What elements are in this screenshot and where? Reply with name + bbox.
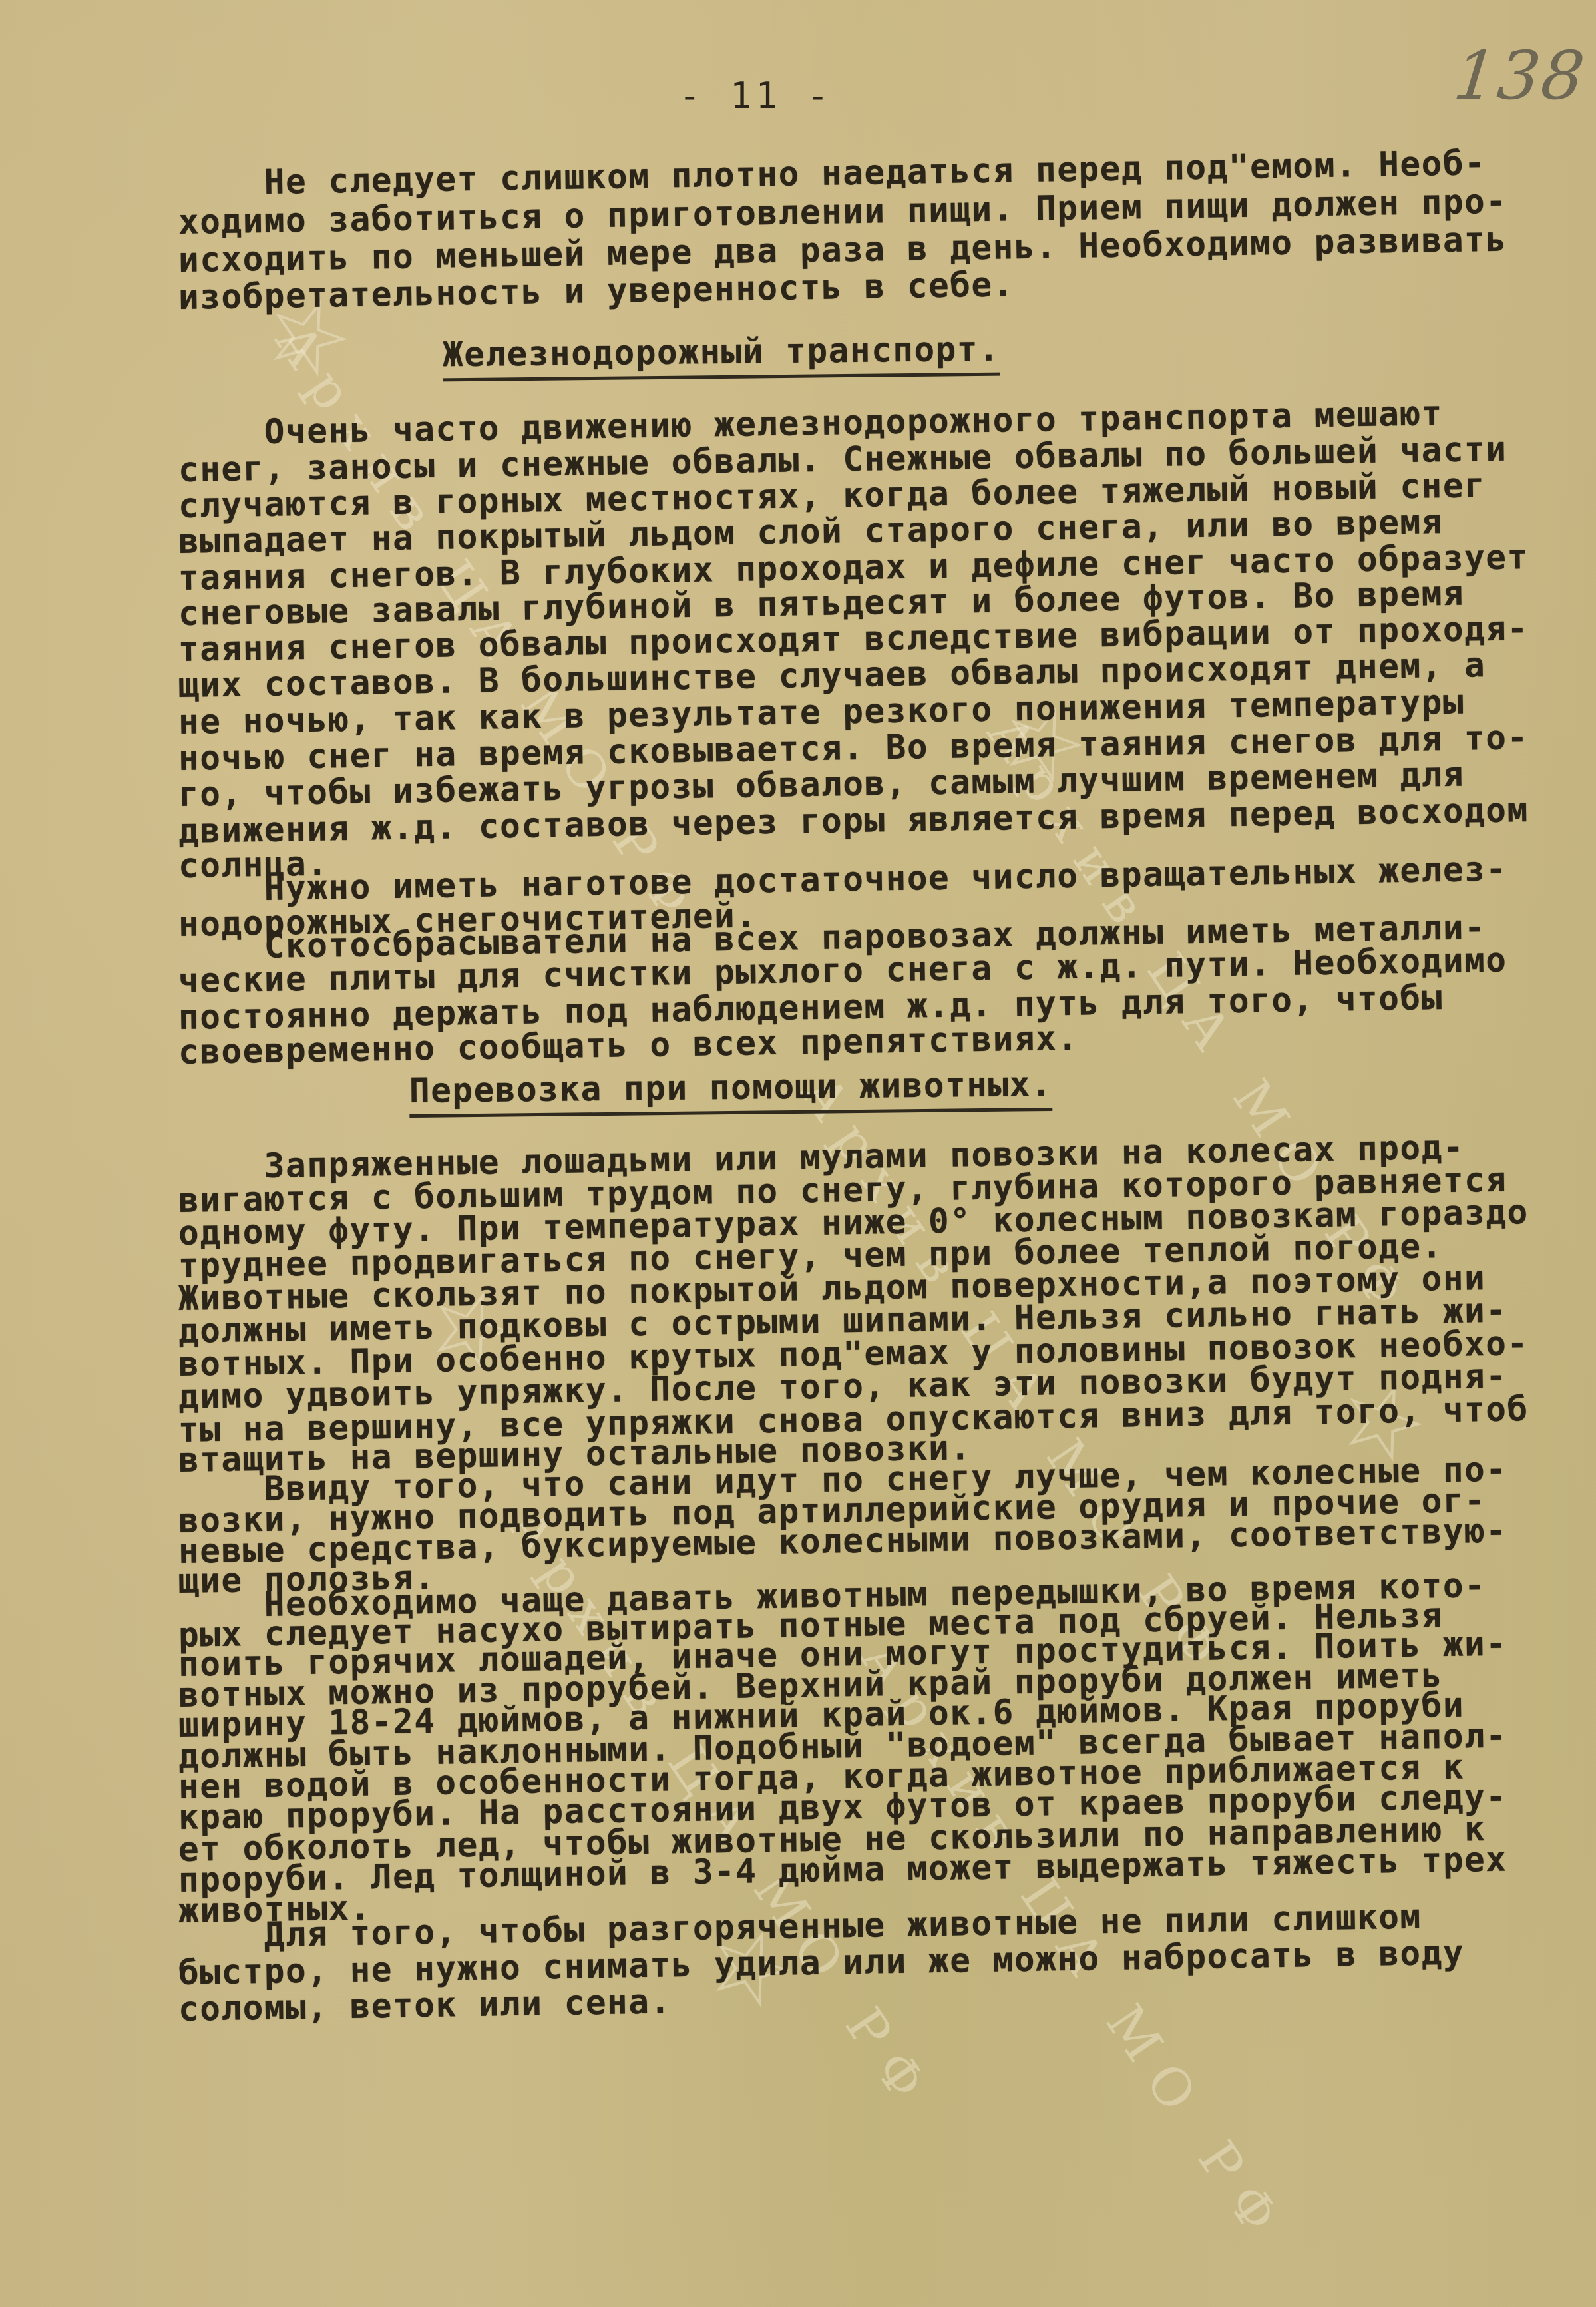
page-number: - 11 - [679, 75, 833, 116]
text-line: Нужно иметь наготове достаточное число в… [178, 850, 1507, 911]
archival-document-page: ☆ ☆ ☆ ☆ ☆ Архив ЦА МО РФ Архив ЦА МО РФ … [0, 0, 1596, 2307]
section-heading-animals: Перевозка при помощи животных. [409, 1065, 1053, 1118]
handwritten-folio-number: 138 [1450, 37, 1589, 114]
section-heading-railway: Железнодорожный транспорт. [443, 330, 1000, 382]
text-line: соломы, веток или сена. [178, 1982, 672, 2030]
